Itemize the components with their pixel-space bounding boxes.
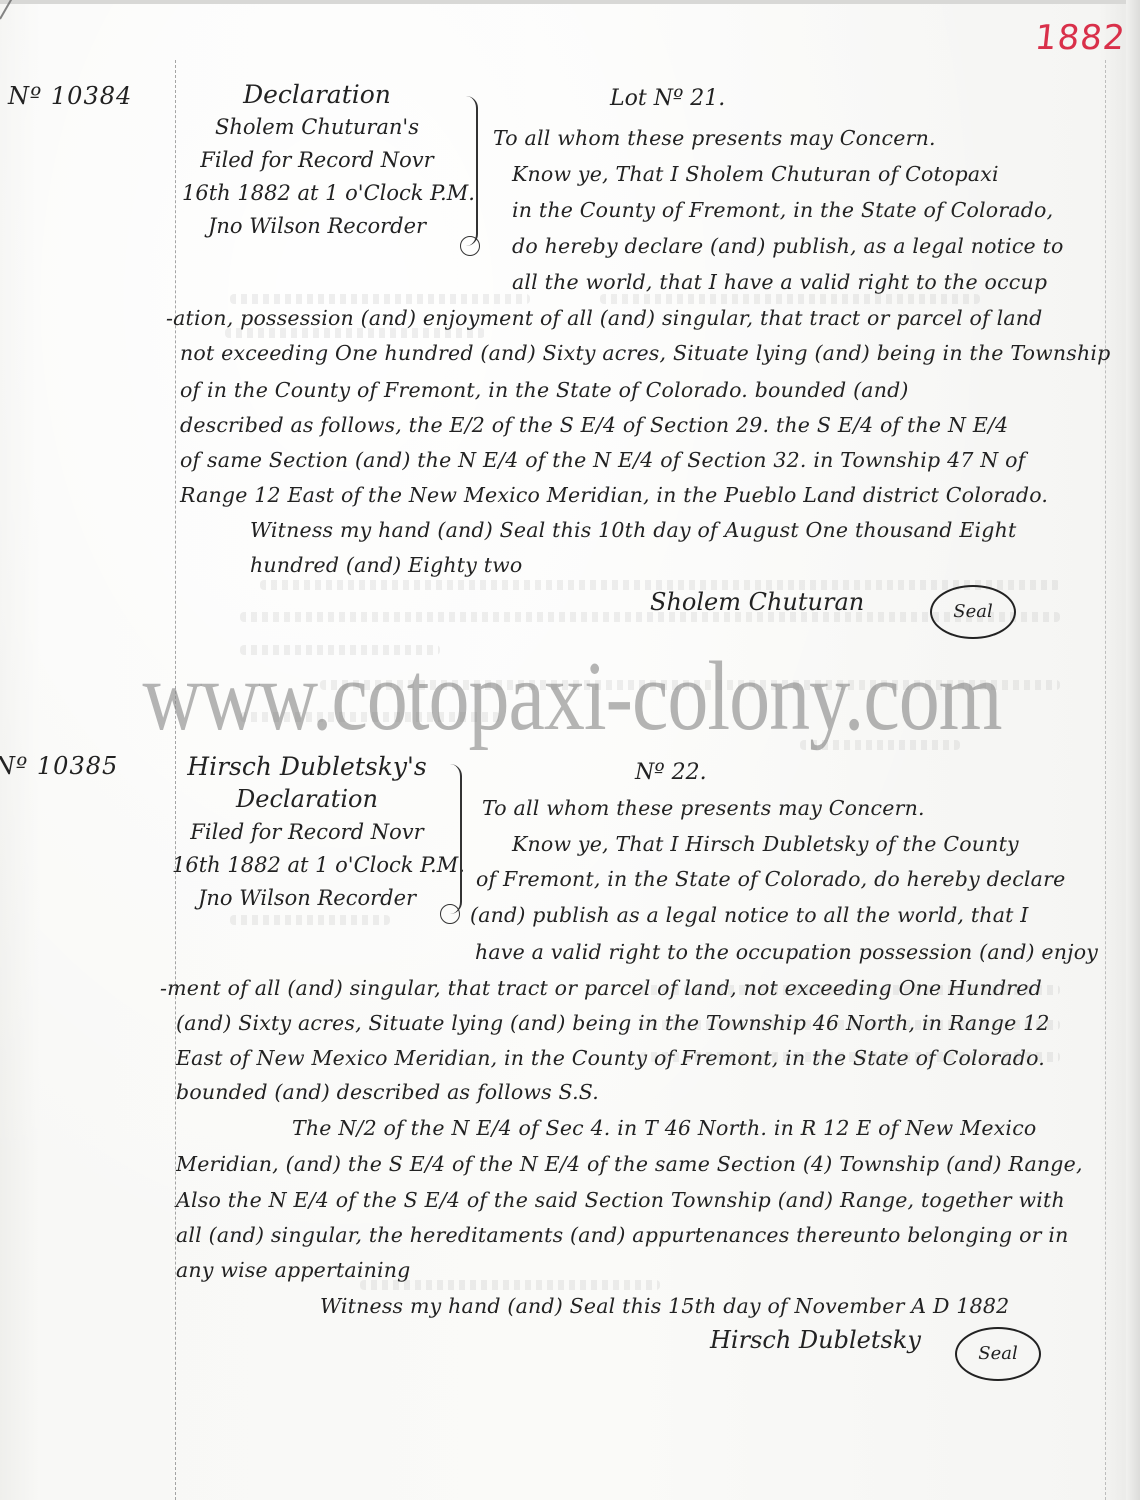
- margin-note-line: Sholem Chuturan's: [182, 111, 452, 144]
- body-line: -ment of all (and) singular, that tract …: [160, 976, 1042, 1000]
- bracket: [466, 96, 478, 246]
- seal-mark: Seal: [955, 1327, 1041, 1381]
- body-line: Know ye, That I Hirsch Dubletsky of the …: [512, 832, 1019, 856]
- body-line: (and) Sixty acres, Situate lying (and) b…: [176, 1011, 1050, 1035]
- margin-note-line: Declaration: [182, 78, 452, 111]
- body-line: do hereby declare (and) publish, as a le…: [512, 234, 1064, 258]
- body-line: Also the N E/4 of the S E/4 of the said …: [176, 1188, 1065, 1212]
- body-line: (and) publish as a legal notice to all t…: [470, 903, 1029, 927]
- margin-note-line: Declaration: [172, 783, 442, 816]
- margin-note-line: Filed for Record Novr: [182, 144, 452, 177]
- filing-margin-note: Hirsch Dubletsky's Declaration Filed for…: [172, 750, 442, 915]
- seal-mark: Seal: [930, 585, 1016, 639]
- margin-note-line: Jno Wilson Recorder: [182, 210, 452, 243]
- right-margin-rule: [1105, 60, 1106, 1500]
- body-line: of same Section (and) the N E/4 of the N…: [180, 448, 1025, 472]
- body-line: all the world, that I have a valid right…: [512, 270, 1047, 294]
- bracket: [450, 764, 462, 914]
- signature: Hirsch Dubletsky: [710, 1326, 921, 1354]
- body-line: described as follows, the E/2 of the S E…: [180, 413, 1008, 437]
- body-line: Range 12 East of the New Mexico Meridian…: [180, 483, 1048, 507]
- witness-line: hundred (and) Eighty two: [250, 553, 522, 577]
- body-line: not exceeding One hundred (and) Sixty ac…: [180, 341, 1111, 365]
- bleed-through-text: [600, 294, 980, 304]
- scanned-ledger-page: 1882 Nº 10384 Declaration Sholem Chutura…: [0, 0, 1140, 1500]
- record-number: Nº 10385: [0, 752, 118, 780]
- body-line: -ation, possession (and) enjoyment of al…: [166, 306, 1043, 330]
- website-watermark: www.cotopaxi-colony.com: [82, 640, 1062, 753]
- record-number: Nº 10384: [8, 82, 132, 110]
- signature: Sholem Chuturan: [650, 588, 864, 616]
- year-annotation: 1882: [1033, 18, 1128, 58]
- lot-heading: Lot Nº 21.: [610, 86, 725, 111]
- witness-line: Witness my hand (and) Seal this 15th day…: [320, 1294, 1009, 1318]
- body-line: Know ye, That I Sholem Chuturan of Cotop…: [512, 162, 999, 186]
- witness-line: Witness my hand (and) Seal this 10th day…: [250, 518, 1016, 542]
- scan-edge-top: [0, 0, 1140, 4]
- body-line: of in the County of Fremont, in the Stat…: [180, 378, 909, 402]
- body-line: of Fremont, in the State of Colorado, do…: [476, 867, 1065, 891]
- bracket-end: [440, 904, 460, 924]
- filing-margin-note: Declaration Sholem Chuturan's Filed for …: [182, 78, 452, 243]
- margin-note-line: Filed for Record Novr: [172, 816, 442, 849]
- body-line: To all whom these presents may Concern.: [493, 126, 936, 150]
- margin-note-line: 16th 1882 at 1 o'Clock P.M.: [182, 177, 452, 210]
- bleed-through-text: [230, 915, 390, 925]
- body-line: The N/2 of the N E/4 of Sec 4. in T 46 N…: [292, 1116, 1036, 1140]
- lot-heading: Nº 22.: [635, 760, 707, 785]
- margin-note-line: Hirsch Dubletsky's: [172, 750, 442, 783]
- bleed-through-text: [230, 294, 530, 304]
- body-line: in the County of Fremont, in the State o…: [512, 198, 1053, 222]
- body-line: bounded (and) described as follows S.S.: [176, 1080, 599, 1104]
- body-line: Meridian, (and) the S E/4 of the N E/4 o…: [176, 1152, 1083, 1176]
- body-line: East of New Mexico Meridian, in the Coun…: [176, 1046, 1045, 1070]
- body-line: To all whom these presents may Concern.: [482, 796, 925, 820]
- body-line: all (and) singular, the hereditaments (a…: [176, 1223, 1069, 1247]
- scan-edge-right: [1126, 0, 1140, 1500]
- bracket-end: [460, 236, 480, 256]
- body-line: have a valid right to the occupation pos…: [475, 940, 1098, 964]
- margin-note-line: 16th 1882 at 1 o'Clock P.M.: [172, 849, 442, 882]
- body-line: any wise appertaining: [176, 1258, 411, 1282]
- margin-note-line: Jno Wilson Recorder: [172, 882, 442, 915]
